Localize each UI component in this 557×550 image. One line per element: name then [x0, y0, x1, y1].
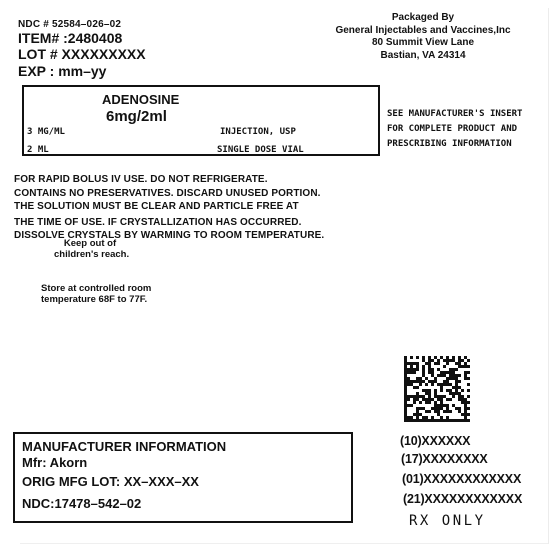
product-form: INJECTION, USP: [220, 127, 296, 137]
manufacturer-title: MANUFACTURER INFORMATION: [22, 439, 226, 454]
packager-street: 80 Summit View Lane: [318, 37, 528, 50]
label-edge: [548, 8, 549, 544]
insert-note-line: FOR COMPLETE PRODUCT AND: [387, 122, 522, 137]
manufacturer-box: MANUFACTURER INFORMATION Mfr: Akorn ORIG…: [13, 432, 353, 523]
storage-line: temperature 68F to 77F.: [41, 294, 151, 305]
product-name: ADENOSINE: [102, 92, 179, 107]
packager-heading: Packaged By: [318, 12, 528, 25]
packager-info: Packaged By General Injectables and Vacc…: [318, 12, 528, 62]
datamatrix-icon: [403, 356, 471, 422]
storage-notice: Store at controlled room temperature 68F…: [41, 283, 151, 305]
product-strength: 6mg/2ml: [106, 108, 167, 125]
keep-out-notice: Keep out of children's reach.: [54, 238, 126, 260]
manufacturer-ndc: NDC:17478–542–02: [22, 496, 141, 511]
warning-line: CONTAINS NO PRESERVATIVES. DISCARD UNUSE…: [14, 187, 324, 201]
insert-note: SEE MANUFACTURER'S INSERT FOR COMPLETE P…: [387, 107, 522, 152]
keep-out-line: Keep out of: [54, 238, 126, 249]
drug-label: NDC # 52584–026–02 ITEM# :2480408 LOT # …: [0, 0, 557, 550]
lot-number: LOT # XXXXXXXXX: [18, 46, 146, 62]
manufacturer-name: Mfr: Akorn: [22, 455, 87, 470]
warning-line: THE TIME OF USE. IF CRYSTALLIZATION HAS …: [14, 216, 324, 230]
warnings: FOR RAPID BOLUS IV USE. DO NOT REFRIGERA…: [14, 173, 324, 243]
rx-only: RX ONLY: [409, 513, 486, 529]
keep-out-line: children's reach.: [54, 249, 126, 260]
product-volume: 2 ML: [27, 145, 49, 155]
package-ndc: NDC # 52584–026–02: [18, 19, 121, 30]
insert-note-line: PRESCRIBING INFORMATION: [387, 137, 522, 152]
product-box: ADENOSINE 6mg/2ml 3 MG/ML INJECTION, USP…: [22, 85, 380, 156]
product-concentration: 3 MG/ML: [27, 127, 65, 137]
label-edge: [20, 543, 548, 544]
gs1-batch: (10)XXXXXX: [400, 434, 470, 448]
packager-company: General Injectables and Vaccines,Inc: [318, 25, 528, 38]
packager-city: Bastian, VA 24314: [318, 50, 528, 63]
insert-note-line: SEE MANUFACTURER'S INSERT: [387, 107, 522, 122]
expiration-date: EXP : mm–yy: [18, 63, 106, 79]
gs1-gtin: (01)XXXXXXXXXXXX: [402, 472, 521, 486]
gs1-serial: (21)XXXXXXXXXXXX: [403, 492, 522, 506]
gs1-expiry: (17)XXXXXXXX: [401, 452, 488, 466]
warning-line: THE SOLUTION MUST BE CLEAR AND PARTICLE …: [14, 200, 324, 214]
item-number: ITEM# :2480408: [18, 30, 122, 46]
manufacturer-lot: ORIG MFG LOT: XX–XXX–XX: [22, 474, 199, 489]
product-container: SINGLE DOSE VIAL: [217, 145, 304, 155]
storage-line: Store at controlled room: [41, 283, 151, 294]
warning-line: FOR RAPID BOLUS IV USE. DO NOT REFRIGERA…: [14, 173, 324, 187]
